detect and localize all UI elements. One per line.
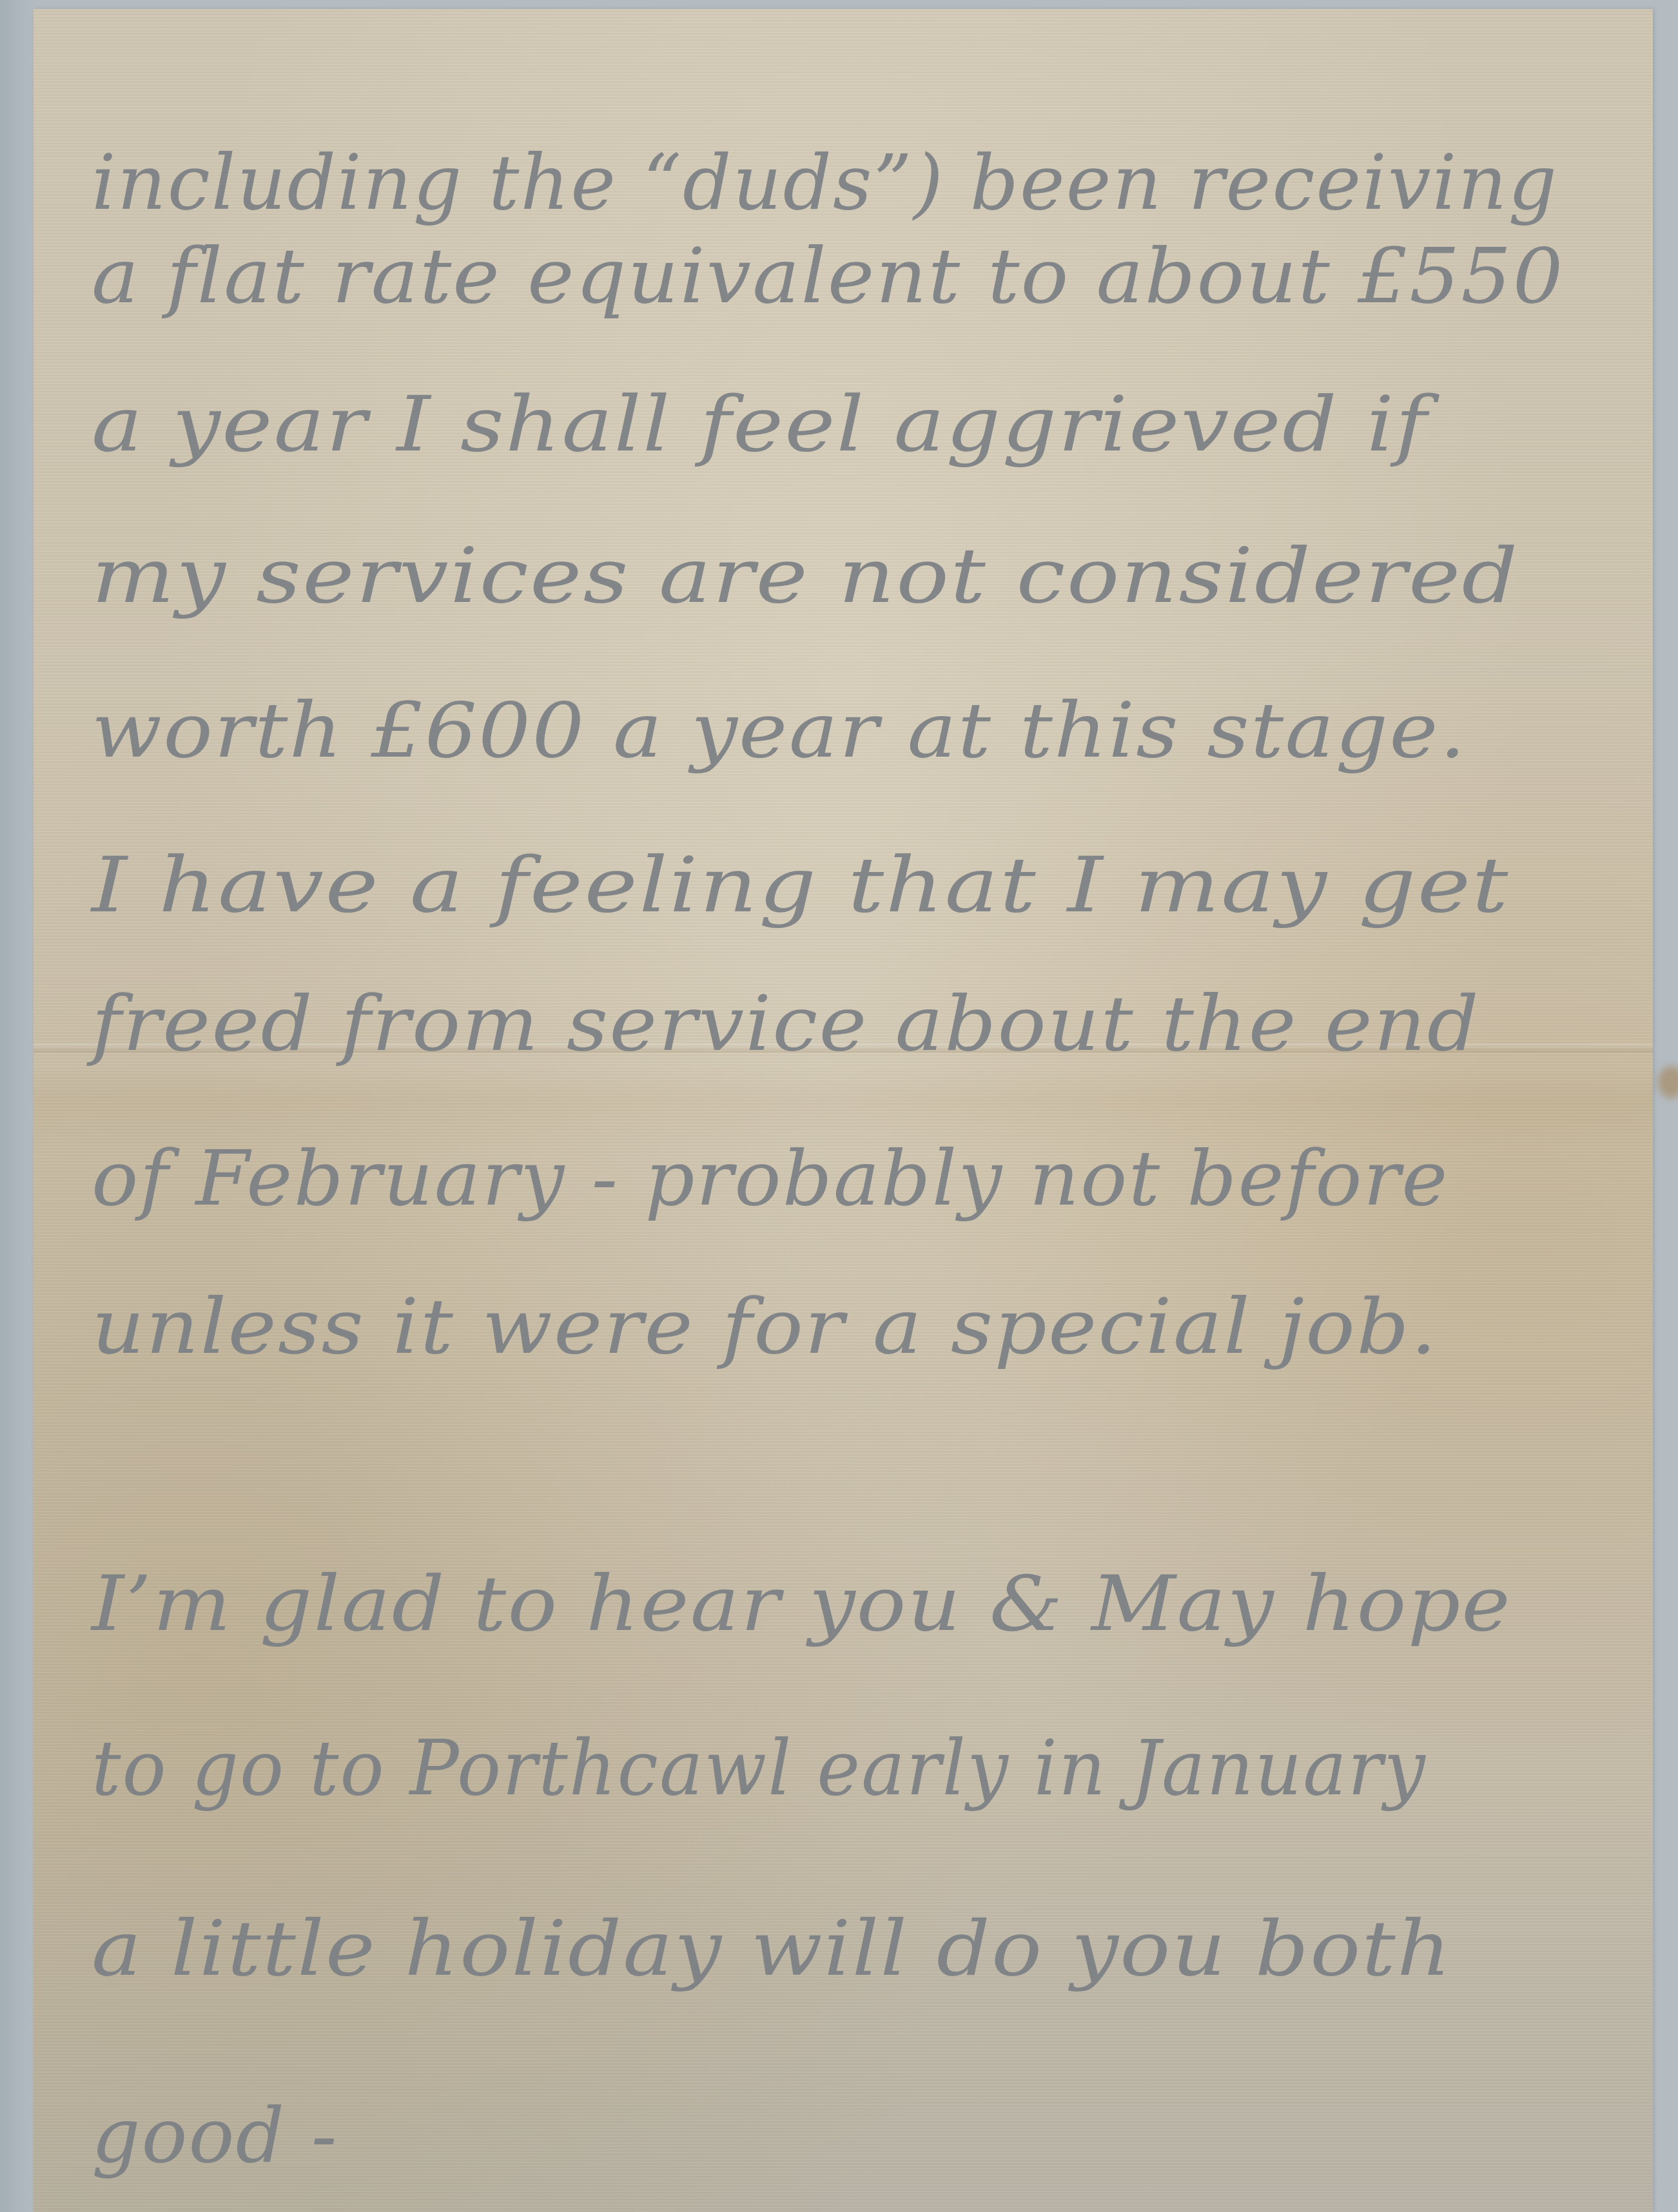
- letter-line-3: a year I shall feel aggrieved if: [92, 380, 1429, 469]
- letter-line-9: unless it were for a special job.: [92, 1282, 1438, 1371]
- letter-line-2: a flat rate equivalent to about £550: [92, 231, 1565, 320]
- letter-line-11: to go to Porthcawl early in January: [92, 1723, 1427, 1812]
- letter-line-10: I’m glad to hear you & May hope: [92, 1559, 1512, 1648]
- letter-line-1: including the “duds”) been receiving: [92, 138, 1558, 227]
- letter-line-6: I have a feeling that I may get: [92, 840, 1510, 929]
- letter-line-4: my services are not considered: [92, 531, 1519, 620]
- letter-line-8: of February - probably not before: [92, 1134, 1449, 1223]
- letter-page: including the “duds”) been receiving a f…: [34, 9, 1653, 2212]
- letter-line-7: freed from service about the end: [92, 979, 1480, 1068]
- letter-line-5: worth £600 a year at this stage.: [92, 686, 1467, 775]
- letter-line-13: good -: [92, 2091, 338, 2180]
- letter-line-12: a little holiday will do you both: [92, 1904, 1452, 1993]
